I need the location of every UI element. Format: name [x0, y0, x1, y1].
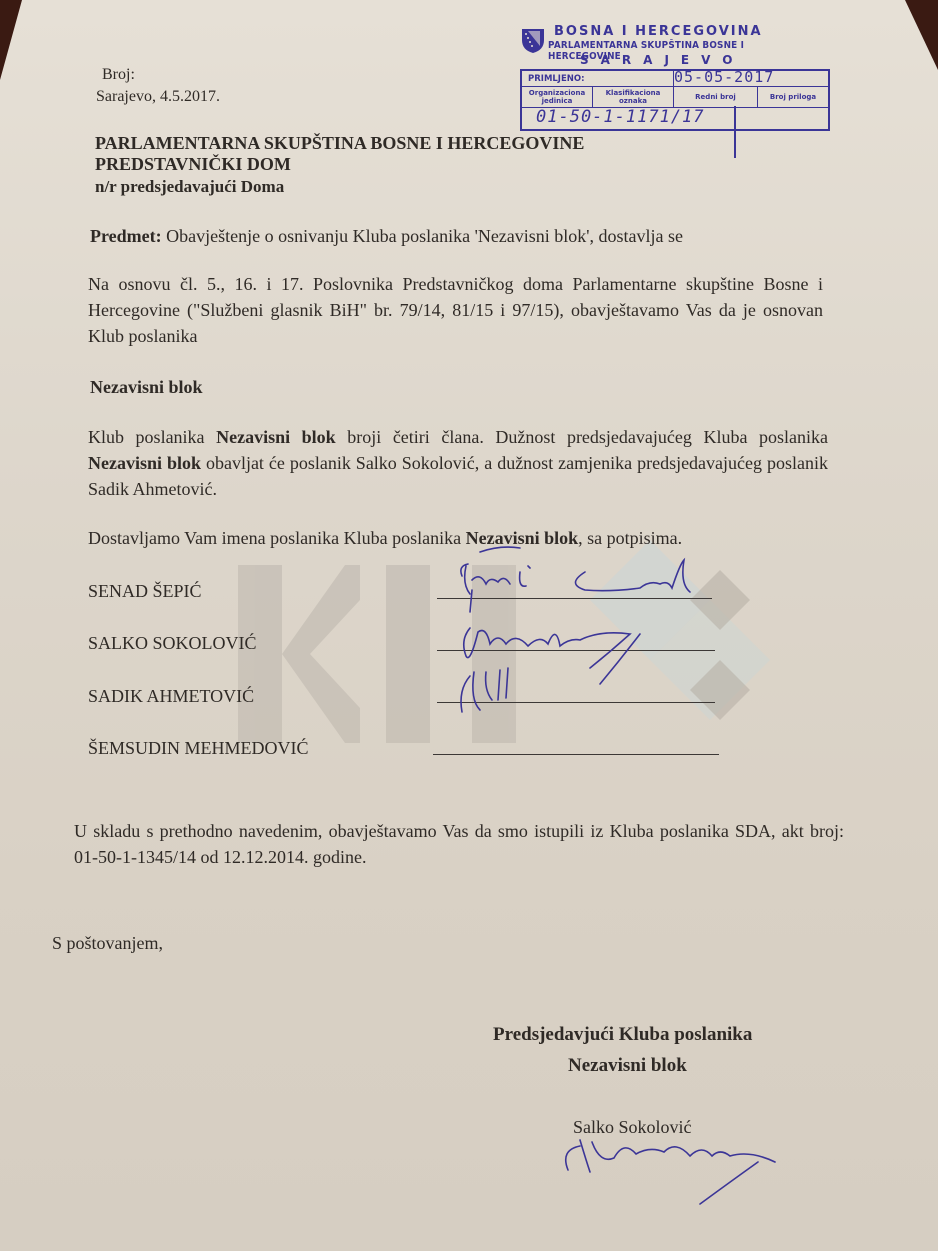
signatory-title-line2: Nezavisni blok [568, 1053, 687, 1079]
body-paragraph-4: U skladu s prethodno navedenim, obavješt… [74, 818, 844, 870]
closing-salutation: S poštovanjem, [52, 930, 163, 956]
signatory-title-line1: Predsjedavjući Kluba poslanika [493, 1022, 752, 1048]
handwritten-signatures [0, 0, 938, 1251]
signatory-name: Salko Sokolović [573, 1114, 692, 1140]
